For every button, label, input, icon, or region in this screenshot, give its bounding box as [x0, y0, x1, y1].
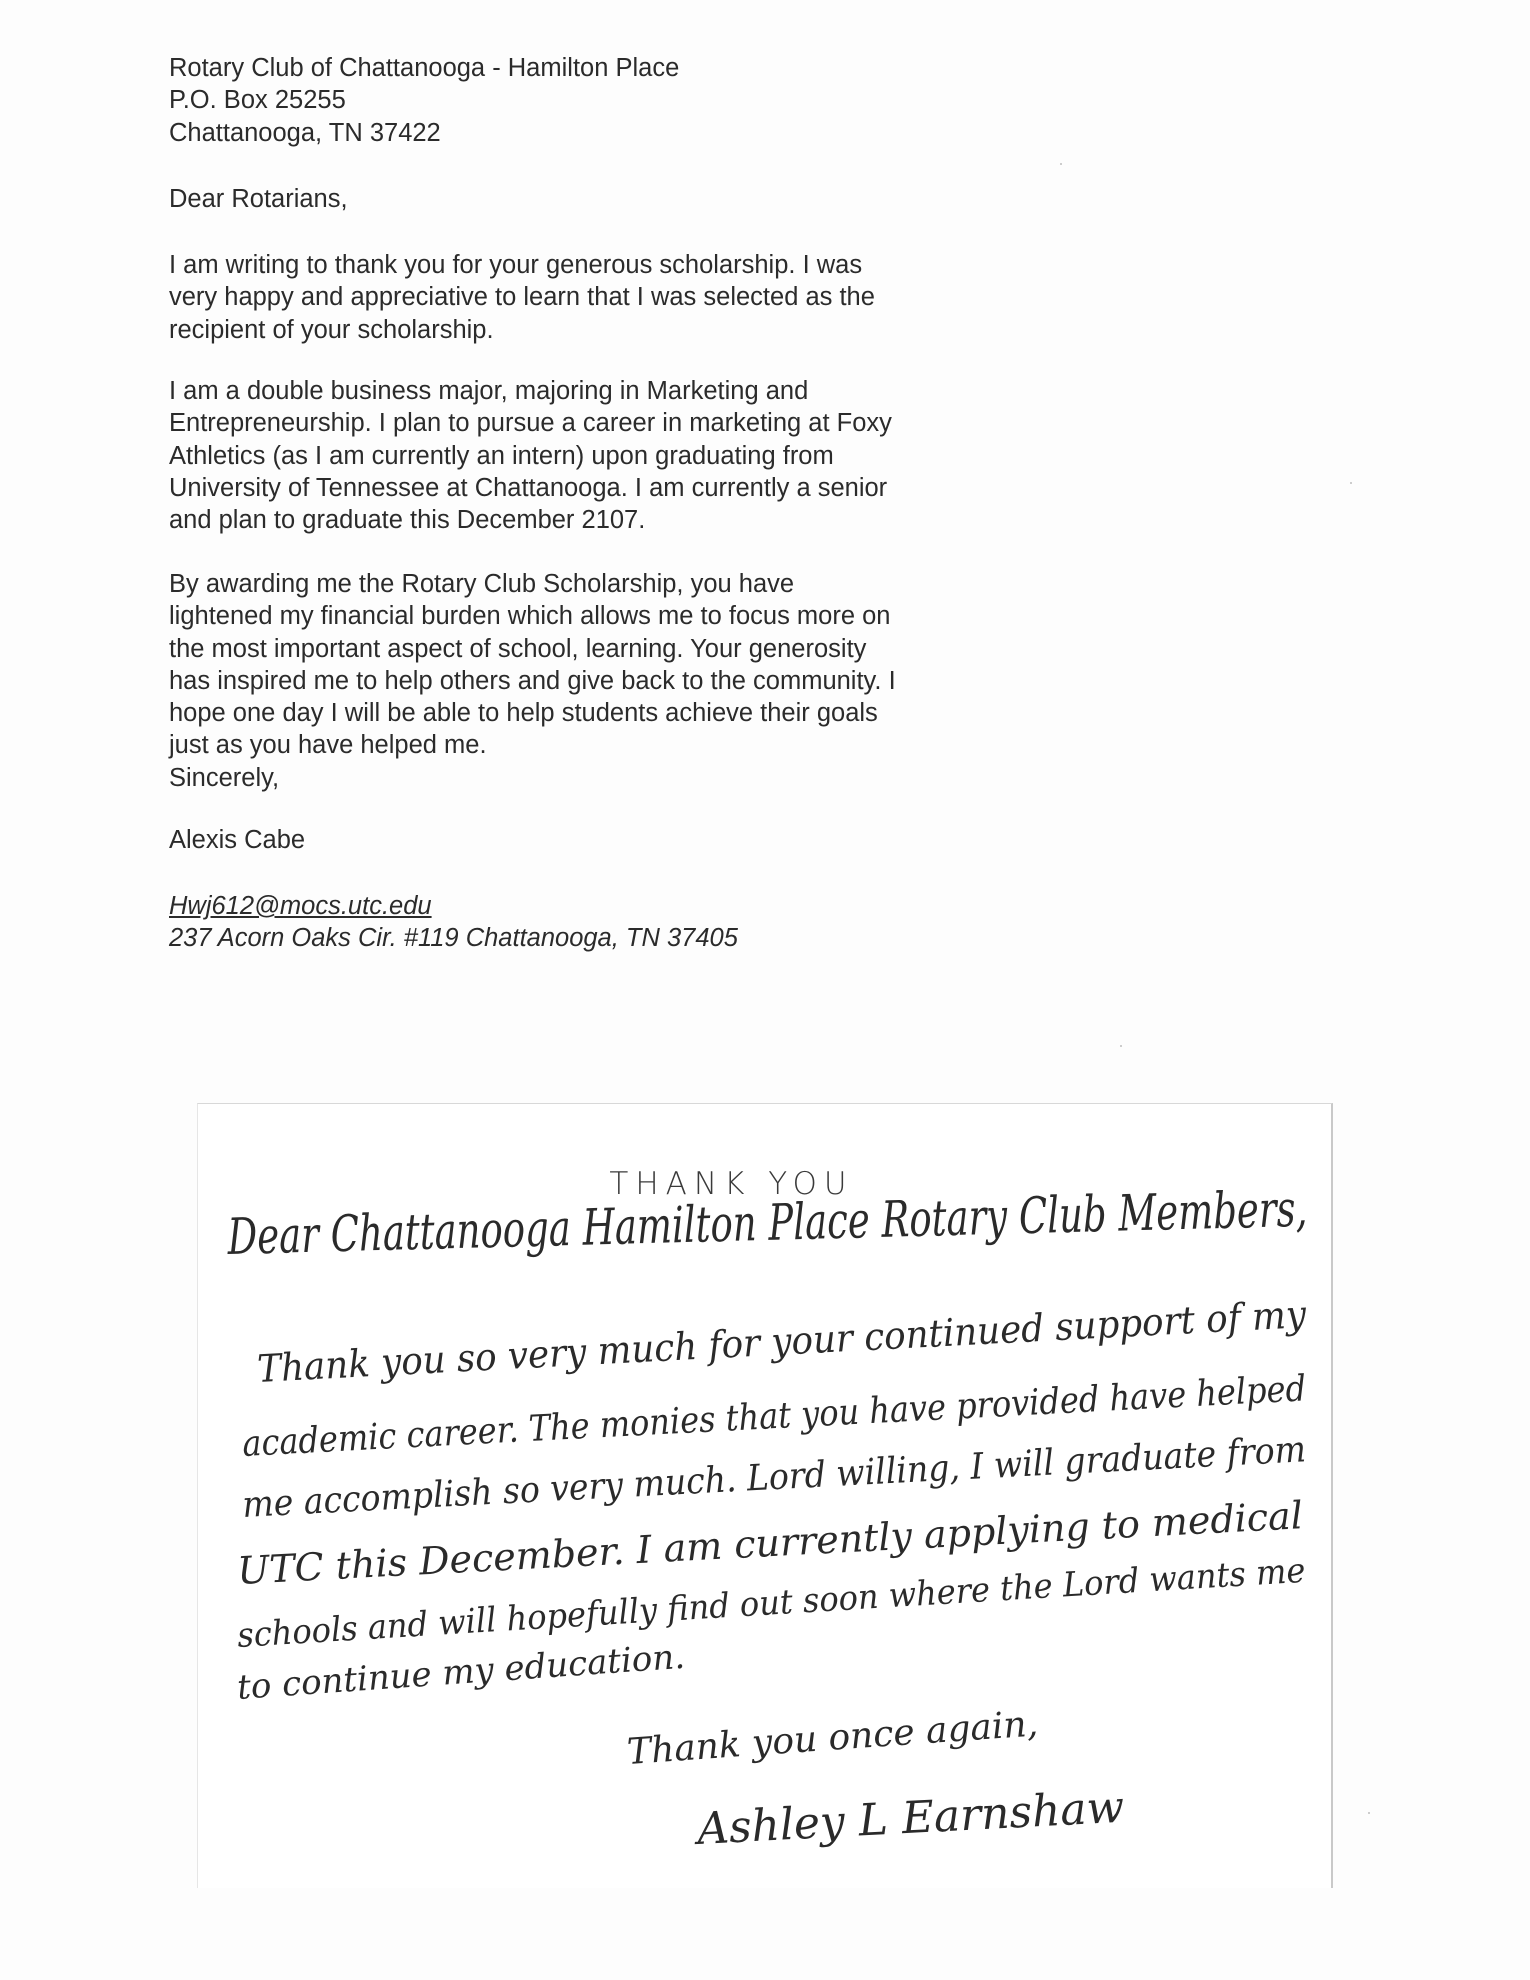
contact-block: Hwj612@mocs.utc.edu 237 Acorn Oaks Cir. …	[169, 890, 738, 955]
scan-speck	[1368, 1812, 1370, 1814]
paragraph-line: Athletics (as I am currently an intern) …	[169, 440, 892, 472]
scanned-page: Rotary Club of Chattanooga - Hamilton Pl…	[0, 0, 1530, 1980]
closing: Sincerely,	[169, 762, 896, 794]
signer-name: Alexis Cabe	[169, 824, 305, 856]
paragraph-line: I am a double business major, majoring i…	[169, 375, 892, 407]
salutation: Dear Rotarians,	[169, 183, 348, 215]
email-link[interactable]: Hwj612@mocs.utc.edu	[169, 890, 738, 922]
paragraph-impact: By awarding me the Rotary Club Scholarsh…	[169, 568, 896, 794]
paragraph-line: University of Tennessee at Chattanooga. …	[169, 472, 892, 504]
scan-speck	[1120, 1045, 1122, 1047]
handwritten-signature: Ashley L Earnshaw	[692, 1782, 1125, 1856]
sender-address: 237 Acorn Oaks Cir. #119 Chattanooga, TN…	[169, 922, 738, 954]
handwritten-closing: Thank you once again,	[626, 1703, 1039, 1773]
signer-name-text: Alexis Cabe	[169, 824, 305, 856]
scan-speck	[1350, 482, 1352, 484]
paragraph-gratitude: I am writing to thank you for your gener…	[169, 249, 875, 346]
recipient-address: Rotary Club of Chattanooga - Hamilton Pl…	[169, 52, 679, 149]
paragraph-line: lightened my financial burden which allo…	[169, 600, 896, 632]
paragraph-line: the most important aspect of school, lea…	[169, 633, 896, 665]
thank-you-card: THANK YOU Dear Chattanooga Hamilton Plac…	[197, 1103, 1333, 1888]
address-line: P.O. Box 25255	[169, 84, 679, 116]
paragraph-studies: I am a double business major, majoring i…	[169, 375, 892, 536]
paragraph-line: recipient of your scholarship.	[169, 314, 875, 346]
salutation-text: Dear Rotarians,	[169, 183, 348, 215]
paragraph-line: and plan to graduate this December 2107.	[169, 504, 892, 536]
paragraph-line: just as you have helped me.	[169, 729, 896, 761]
address-line: Chattanooga, TN 37422	[169, 117, 679, 149]
paragraph-line: has inspired me to help others and give …	[169, 665, 896, 697]
paragraph-line: hope one day I will be able to help stud…	[169, 697, 896, 729]
address-line: Rotary Club of Chattanooga - Hamilton Pl…	[169, 52, 679, 84]
paragraph-line: Entrepreneurship. I plan to pursue a car…	[169, 407, 892, 439]
handwritten-greeting: Dear Chattanooga Hamilton Place Rotary C…	[226, 1180, 1308, 1266]
paragraph-line: very happy and appreciative to learn tha…	[169, 281, 875, 313]
paragraph-line: By awarding me the Rotary Club Scholarsh…	[169, 568, 896, 600]
scan-speck	[1060, 163, 1062, 165]
paragraph-line: I am writing to thank you for your gener…	[169, 249, 875, 281]
handwritten-message: Dear Chattanooga Hamilton Place Rotary C…	[198, 1104, 1331, 1888]
